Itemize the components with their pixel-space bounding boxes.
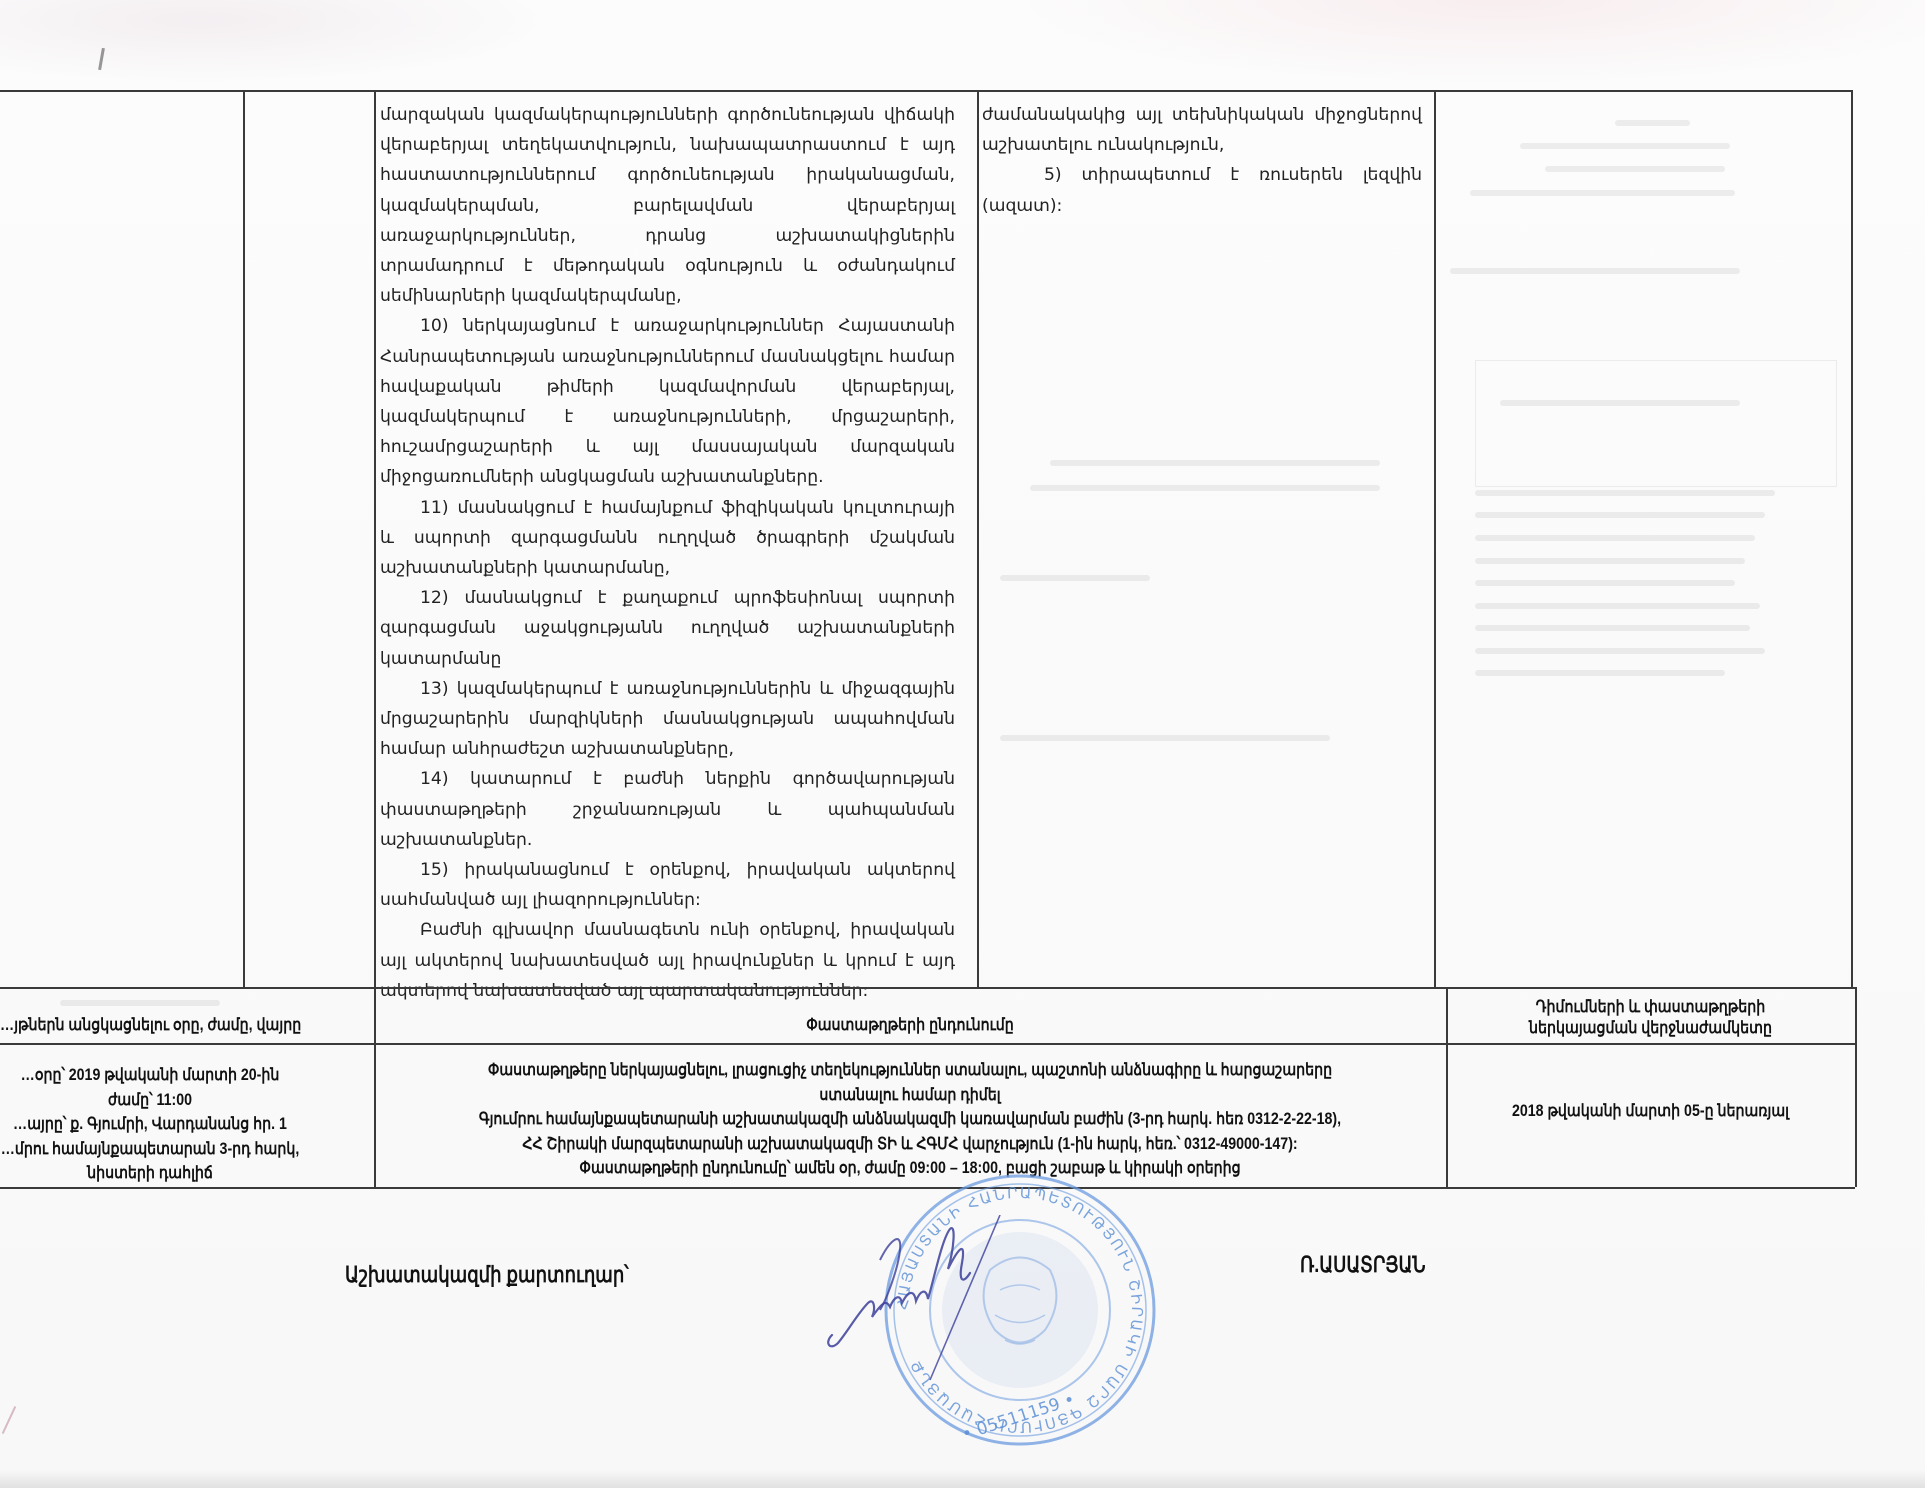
- duty-paragraph: 10) ներկայացնում է առաջարկություններ Հայ…: [380, 311, 955, 492]
- exam-date-place-cell: …օրը՝ 2019 թվականի մարտի 20-ին ժամը՝ 11:…: [0, 1063, 331, 1186]
- header-exam-date-place: …յթներն անցկացնելու օրը, ժամը, վայրը: [0, 1015, 344, 1036]
- header-deadline-line2: ներկայացման վերջնաժամկետը: [1475, 1018, 1827, 1039]
- table-right-border: [1851, 90, 1853, 987]
- duties-cell: մարզական կազմակերպությունների գործունեու…: [380, 100, 955, 1006]
- info-column-divider-1: [374, 987, 376, 1187]
- header-deadline-line1: Դիմումների և փաստաթղթերի: [1475, 997, 1827, 1018]
- acceptance-line: ՀՀ Շիրակի մարզպետարանի աշխատակազմի ՏԻ և …: [449, 1132, 1371, 1157]
- scan-bottom-edge: [0, 1470, 1925, 1488]
- duty-paragraph: մարզական կազմակերպությունների գործունեու…: [380, 100, 955, 311]
- requirements-cell: ժամանակակից այլ տեխնիկական միջոցներով աշ…: [982, 100, 1422, 221]
- duty-paragraph: Բաժնի գլխավոր մասնագետն ունի օրենքով, իր…: [380, 915, 955, 1006]
- info-table-header-divider: [0, 1043, 1855, 1045]
- signatory-title: Աշխատակազմի քարտուղար՝: [345, 1262, 629, 1288]
- duty-paragraph: 12) մասնակցում է քաղաքում պրոֆեսիոնալ սպ…: [380, 583, 955, 674]
- acceptance-line: Գյումրու համայնքապետարանի աշխատակազմի ան…: [449, 1107, 1371, 1132]
- duty-paragraph: 14) կատարում է բաժնի ներքին գործավարությ…: [380, 764, 955, 855]
- header-document-acceptance: Փաստաթղթերի ընդունումը: [449, 1015, 1371, 1036]
- signatory-name: Ռ.ԱՍԱՏՐՅԱՆ: [1300, 1252, 1425, 1278]
- info-table-right-border: [1855, 987, 1857, 1187]
- deadline-cell: 2018 թվականի մարտի 05-ը ներառյալ: [1475, 1101, 1827, 1122]
- column-divider-2: [374, 90, 376, 987]
- column-divider-4: [1434, 90, 1436, 987]
- info-column-divider-2: [1446, 987, 1448, 1187]
- requirement-text: 5) տիրապետում է ռուսերեն լեզվին (ազատ):: [982, 160, 1422, 220]
- exam-room: նիստերի դահլիճ: [0, 1161, 331, 1186]
- bleed-through-box: [1475, 360, 1837, 487]
- column-divider-1: [243, 90, 245, 987]
- duty-paragraph: 13) կազմակերպում է առաջնություններին և մ…: [380, 674, 955, 765]
- duty-paragraph: 11) մասնակցում է համայնքում ֆիզիկական կո…: [380, 493, 955, 584]
- table-top-border: [0, 90, 1851, 92]
- exam-time: ժամը՝ 11:00: [0, 1088, 331, 1113]
- column-divider-3: [977, 90, 979, 987]
- exam-building: …մրու համայնքապետարան 3-րդ հարկ,: [0, 1137, 331, 1162]
- requirement-text: ժամանակակից այլ տեխնիկական միջոցներով աշ…: [982, 100, 1422, 160]
- acceptance-line: ստանալու համար դիմել: [449, 1083, 1371, 1108]
- exam-date: …օրը՝ 2019 թվականի մարտի 20-ին: [0, 1063, 331, 1088]
- header-deadline: Դիմումների և փաստաթղթերի ներկայացման վեր…: [1475, 997, 1827, 1039]
- duty-paragraph: 15) իրականացնում է օրենքով, իրավական ակտ…: [380, 855, 955, 915]
- handwritten-signature-icon: [820, 1215, 1050, 1385]
- acceptance-line: Փաստաթղթերը ներկայացնելու, լրացուցիչ տեղ…: [449, 1058, 1371, 1083]
- exam-address: …այրը՝ ք. Գյումրի, Վարդանանց հր. 1: [0, 1112, 331, 1137]
- info-table-top-border: [0, 987, 1855, 989]
- document-acceptance-cell: Փաստաթղթերը ներկայացնելու, լրացուցիչ տեղ…: [449, 1058, 1371, 1181]
